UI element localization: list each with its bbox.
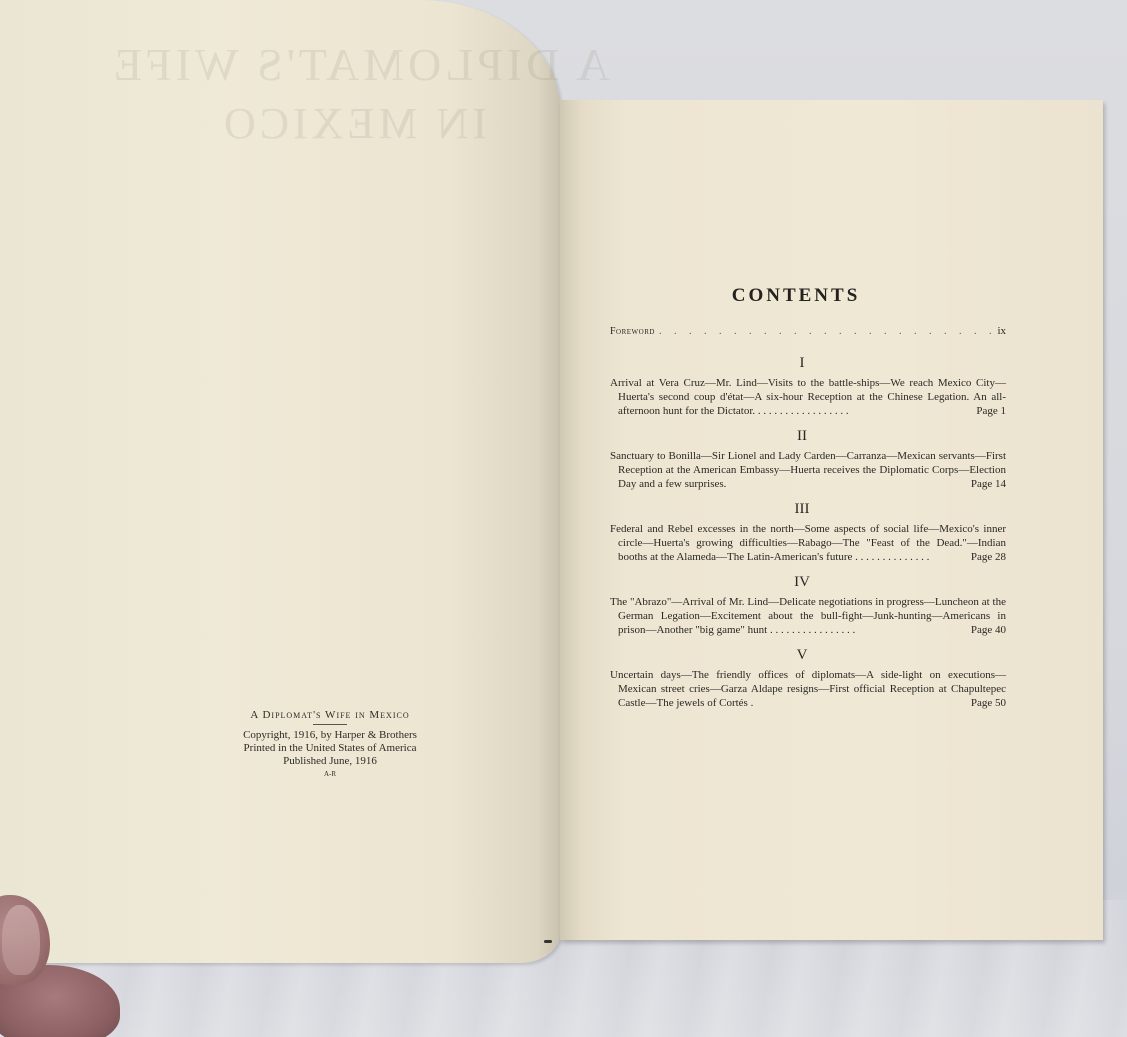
chapter-page: Page 1 [984, 404, 1006, 418]
imprint-code: A-R [205, 770, 455, 778]
chapter-summary: Federal and Rebel excesses in the north—… [610, 523, 1006, 563]
imprint-copyright: Copyright, 1916, by Harper & Brothers [205, 729, 455, 742]
chapter-page: Page 14 [979, 477, 1006, 491]
toc-chapter-2: II Sanctuary to Bonilla—Sir Lionel and L… [610, 428, 1006, 491]
toc-chapter-1: I Arrival at Vera Cruz—Mr. Lind—Visits t… [610, 355, 1006, 418]
toc-entry-foreword: Foreword . . . . . . . . . . . . . . . .… [610, 325, 1006, 337]
chapter-summary: Arrival at Vera Cruz—Mr. Lind—Visits to … [610, 377, 1006, 417]
toc-chapter-3: III Federal and Rebel excesses in the no… [610, 501, 1006, 564]
ghost-title-line-2: IN MEXICO [220, 98, 487, 149]
left-page: A DIPLOMAT'S WIFE IN MEXICO A Diplomat's… [0, 0, 560, 963]
contents-heading: CONTENTS [598, 285, 994, 307]
spine-mark [544, 940, 552, 943]
chapter-page: Page 50 [979, 696, 1006, 710]
table-of-contents: CONTENTS Foreword . . . . . . . . . . . … [610, 285, 1006, 720]
chapter-summary: The "Abrazo"—Arrival of Mr. Lind—Delicat… [610, 596, 1006, 636]
chapter-numeral: IV [604, 574, 1000, 591]
imprint-rule [313, 724, 347, 725]
right-page: CONTENTS Foreword . . . . . . . . . . . … [560, 100, 1103, 940]
ghost-title-line-1: A DIPLOMAT'S WIFE [110, 38, 610, 91]
toc-chapter-4: IV The "Abrazo"—Arrival of Mr. Lind—Deli… [610, 574, 1006, 637]
imprint-published: Published June, 1916 [205, 755, 455, 768]
leader-dots: . . . . . . . . . . . . . . . . . . . . … [659, 326, 993, 337]
toc-chapter-5: V Uncertain days—The friendly offices of… [610, 647, 1006, 710]
foreword-label: Foreword [610, 326, 655, 337]
chapter-numeral: V [604, 647, 1000, 664]
chapter-numeral: III [604, 501, 1000, 518]
imprint-printed: Printed in the United States of America [205, 742, 455, 755]
chapter-page: Page 28 [979, 550, 1006, 564]
chapter-summary: Uncertain days—The friendly offices of d… [610, 669, 1006, 709]
chapter-summary: Sanctuary to Bonilla—Sir Lionel and Lady… [610, 450, 1006, 490]
thumbnail [2, 905, 40, 975]
imprint-title: A Diplomat's Wife in Mexico [205, 709, 455, 721]
chapter-numeral: I [604, 355, 1000, 372]
chapter-numeral: II [604, 428, 1000, 445]
foreword-page: ix [997, 325, 1006, 337]
copyright-imprint: A Diplomat's Wife in Mexico Copyright, 1… [205, 709, 455, 778]
chapter-page: Page 40 [979, 623, 1006, 637]
